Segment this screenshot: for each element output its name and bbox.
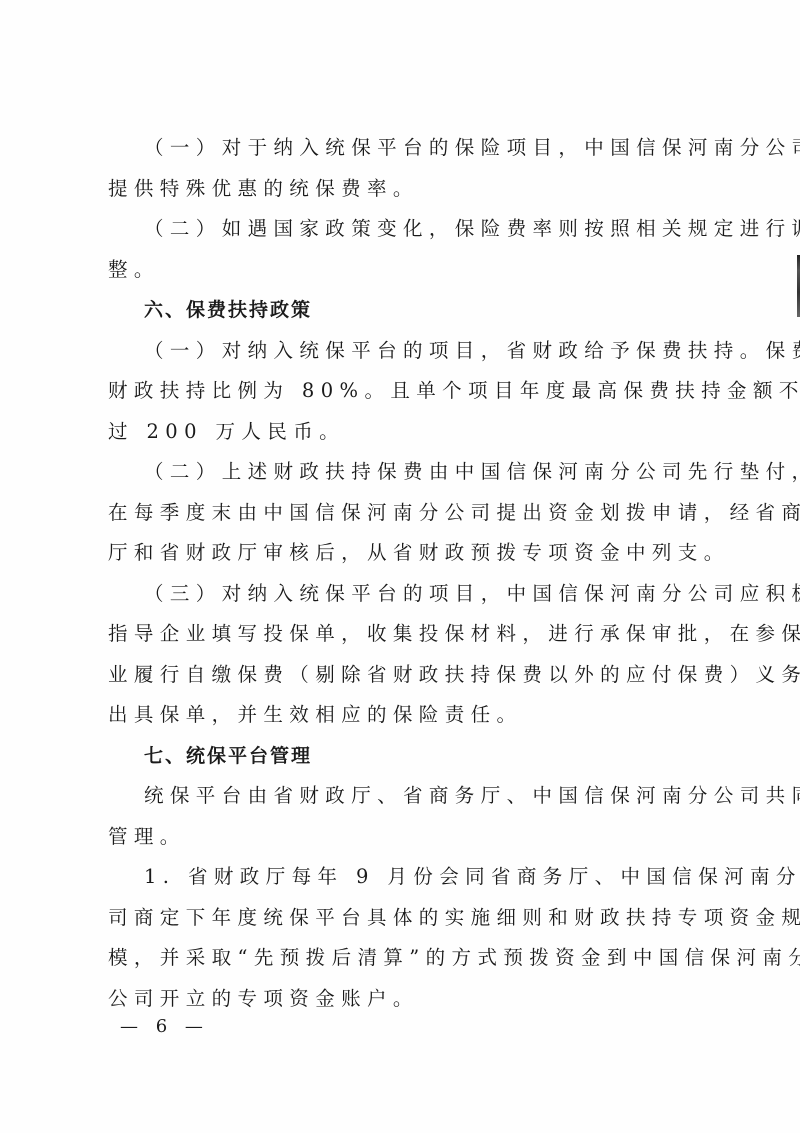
paragraph-line: 过 200 万人民币。 [108,412,692,453]
paragraph-line: （三）对纳入统保平台的项目，中国信保河南分公司应积极 [108,574,692,615]
page-number: — 6 — [120,1016,209,1037]
paragraph-line: 整。 [108,250,692,291]
paragraph-line: 模，并采取“先预拨后清算”的方式预拨资金到中国信保河南分 [108,938,692,979]
paragraph-line: 公司开立的专项资金账户。 [108,979,692,1020]
paragraph-line: 统保平台由省财政厅、省商务厅、中国信保河南分公司共同 [108,776,692,817]
section-heading: 七、统保平台管理 [108,736,692,777]
paragraph-line: 1. 省财政厅每年 9 月份会同省商务厅、中国信保河南分公 [108,857,692,898]
paragraph-line: （二）上述财政扶持保费由中国信保河南分公司先行垫付， [108,452,692,493]
paragraph-line: （一）对纳入统保平台的项目，省财政给予保费扶持。保费 [108,331,692,372]
paragraph-line: 指导企业填写投保单，收集投保材料，进行承保审批，在参保企 [108,614,692,655]
document-page: （一）对于纳入统保平台的保险项目，中国信保河南分公司 提供特殊优惠的统保费率。 … [0,0,800,1133]
paragraph-line: 业履行自缴保费（剔除省财政扶持保费以外的应付保费）义务后 [108,655,692,696]
paragraph-line: 在每季度末由中国信保河南分公司提出资金划拨申请，经省商务 [108,493,692,534]
paragraph-line: 厅和省财政厅审核后，从省财政预拨专项资金中列支。 [108,533,692,574]
paragraph-line: 管理。 [108,817,692,858]
paragraph-line: （二）如遇国家政策变化，保险费率则按照相关规定进行调 [108,209,692,250]
document-body: （一）对于纳入统保平台的保险项目，中国信保河南分公司 提供特殊优惠的统保费率。 … [108,128,692,1019]
paragraph-line: 财政扶持比例为 80%。且单个项目年度最高保费扶持金额不超 [108,371,692,412]
paragraph-line: 司商定下年度统保平台具体的实施细则和财政扶持专项资金规 [108,898,692,939]
paragraph-line: 出具保单，并生效相应的保险责任。 [108,695,692,736]
section-heading: 六、保费扶持政策 [108,290,692,331]
paragraph-line: （一）对于纳入统保平台的保险项目，中国信保河南分公司 [108,128,692,169]
paragraph-line: 提供特殊优惠的统保费率。 [108,169,692,210]
